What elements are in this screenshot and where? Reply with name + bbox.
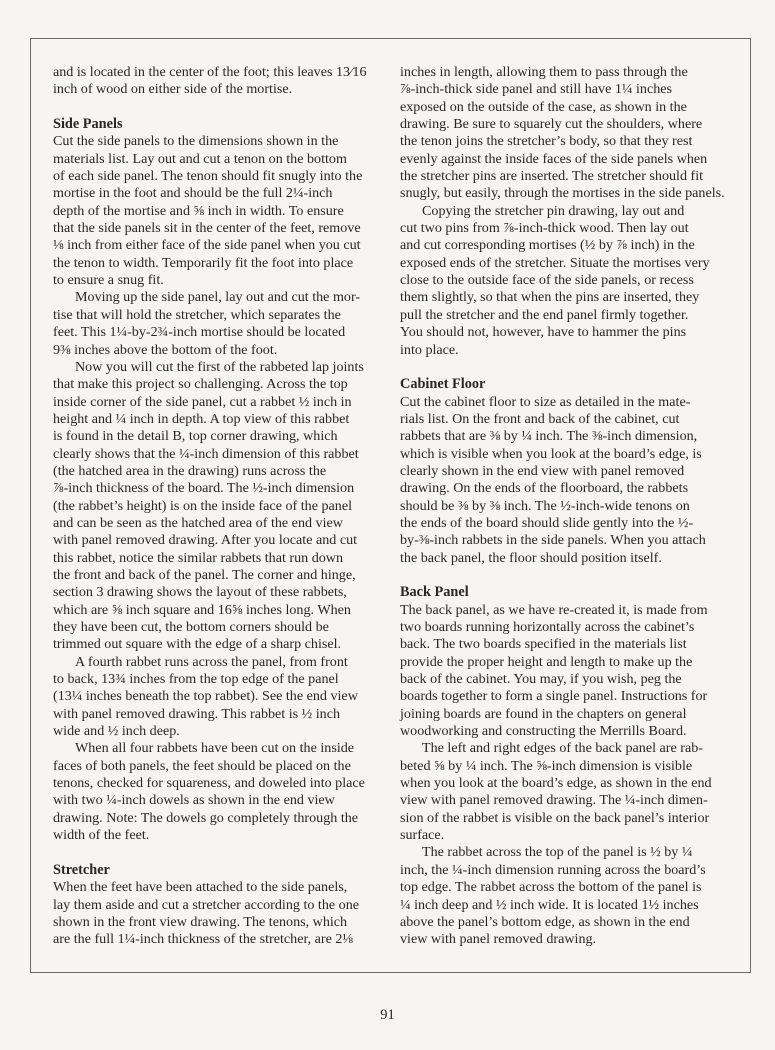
text-line: The rabbet across the top of the panel i… bbox=[400, 844, 743, 861]
text-line: drawing. On the ends of the floorboard, … bbox=[400, 480, 743, 497]
text-line: exposed ends of the stretcher. Situate t… bbox=[400, 255, 743, 272]
text-line: lay them aside and cut a stretcher accor… bbox=[53, 897, 389, 914]
text-line: tise that will hold the stretcher, which… bbox=[53, 307, 389, 324]
paragraph: Now you will cut the first of the rabbet… bbox=[53, 359, 389, 654]
text-line: surface. bbox=[400, 827, 743, 844]
text-line: inch, the ¼-inch dimension running acros… bbox=[400, 862, 743, 879]
paragraph: Moving up the side panel, lay out and cu… bbox=[53, 289, 389, 358]
text-line: Cut the cabinet floor to size as detaile… bbox=[400, 394, 743, 411]
text-line: of each side panel. The tenon should fit… bbox=[53, 168, 389, 185]
paragraph: The back panel, as we have re-created it… bbox=[400, 602, 743, 741]
text-line: trimmed out square with the edge of a sh… bbox=[53, 636, 389, 653]
text-line: width of the feet. bbox=[53, 827, 389, 844]
text-line: inch of wood on either side of the morti… bbox=[53, 81, 389, 98]
paragraph: A fourth rabbet runs across the panel, f… bbox=[53, 654, 389, 741]
text-line: tenons, checked for squareness, and dowe… bbox=[53, 775, 389, 792]
text-line: this rabbet, notice the similar rabbets … bbox=[53, 550, 389, 567]
section-heading: Side Panels bbox=[53, 116, 389, 133]
text-line: faces of both panels, the feet should be… bbox=[53, 758, 389, 775]
text-line: top edge. The rabbet across the bottom o… bbox=[400, 879, 743, 896]
text-line: rials list. On the front and back of the… bbox=[400, 411, 743, 428]
paragraph: Cut the cabinet floor to size as detaile… bbox=[400, 394, 743, 567]
text-line: ¼ inch deep and ½ inch wide. It is locat… bbox=[400, 897, 743, 914]
paragraph: and is located in the center of the foot… bbox=[53, 64, 389, 99]
text-line: cut two pins from ⅞-inch-thick wood. The… bbox=[400, 220, 743, 237]
text-line: with panel removed drawing. This rabbet … bbox=[53, 706, 389, 723]
text-line: clearly shows that the ¼-inch dimension … bbox=[53, 446, 389, 463]
text-line: that the side panels sit in the center o… bbox=[53, 220, 389, 237]
text-line: clearly shown in the end view with panel… bbox=[400, 463, 743, 480]
paragraph: Copying the stretcher pin drawing, lay o… bbox=[400, 203, 743, 359]
text-line: them slightly, so that when the pins are… bbox=[400, 289, 743, 306]
text-line: the stretcher pins are inserted. The str… bbox=[400, 168, 743, 185]
text-line: by-⅜-inch rabbets in the side panels. Wh… bbox=[400, 532, 743, 549]
text-line: drawing. Note: The dowels go completely … bbox=[53, 810, 389, 827]
text-line: The left and right edges of the back pan… bbox=[400, 740, 743, 757]
text-line: and cut corresponding mortises (½ by ⅞ i… bbox=[400, 237, 743, 254]
text-line: the tenon joins the stretcher’s body, so… bbox=[400, 133, 743, 150]
text-line: which are ⅝ inch square and 16⅝ inches l… bbox=[53, 602, 389, 619]
text-line: wide and ½ inch deep. bbox=[53, 723, 389, 740]
text-line: You should not, however, have to hammer … bbox=[400, 324, 743, 341]
text-line: (13¼ inches beneath the top rabbet). See… bbox=[53, 688, 389, 705]
text-line: close to the outside face of the side pa… bbox=[400, 272, 743, 289]
text-line: drawing. Be sure to squarely cut the sho… bbox=[400, 116, 743, 133]
text-line: view with panel removed drawing. bbox=[400, 931, 743, 948]
left-column: and is located in the center of the foot… bbox=[53, 64, 389, 949]
text-line: which is visible when you look at the bo… bbox=[400, 446, 743, 463]
section-heading: Cabinet Floor bbox=[400, 376, 743, 393]
text-line: above the panel’s bottom edge, as shown … bbox=[400, 914, 743, 931]
text-line: feet. This 1¼-by-2¾-inch mortise should … bbox=[53, 324, 389, 341]
text-line: When all four rabbets have been cut on t… bbox=[53, 740, 389, 757]
text-line: two boards running horizontally across t… bbox=[400, 619, 743, 636]
text-line: view with panel removed drawing. The ¼-i… bbox=[400, 792, 743, 809]
text-line: to back, 13¾ inches from the top edge of… bbox=[53, 671, 389, 688]
text-line: depth of the mortise and ⅝ inch in width… bbox=[53, 203, 389, 220]
text-line: ⅛ inch from either face of the side pane… bbox=[53, 237, 389, 254]
text-line: The back panel, as we have re-created it… bbox=[400, 602, 743, 619]
text-line: with two ¼-inch dowels as shown in the e… bbox=[53, 792, 389, 809]
paragraph: The rabbet across the top of the panel i… bbox=[400, 844, 743, 948]
text-line: height and ¼ inch in depth. A top view o… bbox=[53, 411, 389, 428]
text-line: with panel removed drawing. After you lo… bbox=[53, 532, 389, 549]
text-line: back of the cabinet. You may, if you wis… bbox=[400, 671, 743, 688]
text-line: boards together to form a single panel. … bbox=[400, 688, 743, 705]
text-line: 9⅜ inches above the bottom of the foot. bbox=[53, 342, 389, 359]
text-line: rabbets that are ⅜ by ¼ inch. The ⅜-inch… bbox=[400, 428, 743, 445]
text-line: they have been cut, the bottom corners s… bbox=[53, 619, 389, 636]
text-line: exposed on the outside of the case, as s… bbox=[400, 99, 743, 116]
text-line: into place. bbox=[400, 342, 743, 359]
text-line: inches in length, allowing them to pass … bbox=[400, 64, 743, 81]
text-line: Copying the stretcher pin drawing, lay o… bbox=[400, 203, 743, 220]
text-line: Cut the side panels to the dimensions sh… bbox=[53, 133, 389, 150]
text-line: ⅞-inch-thick side panel and still have 1… bbox=[400, 81, 743, 98]
text-line: joining boards are found in the chapters… bbox=[400, 706, 743, 723]
text-line: ⅞-inch thickness of the board. The ½-inc… bbox=[53, 480, 389, 497]
text-line: when you look at the board’s edge, as sh… bbox=[400, 775, 743, 792]
text-line: provide the proper height and length to … bbox=[400, 654, 743, 671]
text-line: the tenon to width. Temporarily fit the … bbox=[53, 255, 389, 272]
text-line: and is located in the center of the foot… bbox=[53, 64, 389, 81]
text-line: to ensure a snug fit. bbox=[53, 272, 389, 289]
section-heading: Back Panel bbox=[400, 584, 743, 601]
text-line: is found in the detail B, top corner dra… bbox=[53, 428, 389, 445]
text-line: Moving up the side panel, lay out and cu… bbox=[53, 289, 389, 306]
text-line: should be ⅜ by ⅜ inch. The ½-inch-wide t… bbox=[400, 498, 743, 515]
text-line: snugly, but easily, through the mortises… bbox=[400, 185, 743, 202]
text-line: the ends of the board should slide gentl… bbox=[400, 515, 743, 532]
text-line: A fourth rabbet runs across the panel, f… bbox=[53, 654, 389, 671]
right-column: inches in length, allowing them to pass … bbox=[400, 64, 743, 949]
section-heading: Stretcher bbox=[53, 862, 389, 879]
text-line: the back panel, the floor should positio… bbox=[400, 550, 743, 567]
text-line: (the hatched area in the drawing) runs a… bbox=[53, 463, 389, 480]
text-line: beted ⅝ by ¼ inch. The ⅝-inch dimension … bbox=[400, 758, 743, 775]
text-line: section 3 drawing shows the layout of th… bbox=[53, 584, 389, 601]
paragraph: inches in length, allowing them to pass … bbox=[400, 64, 743, 203]
text-line: Now you will cut the first of the rabbet… bbox=[53, 359, 389, 376]
paragraph: Cut the side panels to the dimensions sh… bbox=[53, 133, 389, 289]
text-line: are the full 1¼-inch thickness of the st… bbox=[53, 931, 389, 948]
text-line: back. The two boards specified in the ma… bbox=[400, 636, 743, 653]
text-line: sion of the rabbet is visible on the bac… bbox=[400, 810, 743, 827]
text-line: inside corner of the side panel, cut a r… bbox=[53, 394, 389, 411]
paragraph: When all four rabbets have been cut on t… bbox=[53, 740, 389, 844]
text-line: and can be seen as the hatched area of t… bbox=[53, 515, 389, 532]
text-line: When the feet have been attached to the … bbox=[53, 879, 389, 896]
paragraph: The left and right edges of the back pan… bbox=[400, 740, 743, 844]
text-line: mortise in the foot and should be the fu… bbox=[53, 185, 389, 202]
page-number: 91 bbox=[0, 1007, 775, 1024]
text-line: pull the stretcher and the end panel fir… bbox=[400, 307, 743, 324]
text-line: woodworking and constructing the Merrill… bbox=[400, 723, 743, 740]
text-line: that make this project so challenging. A… bbox=[53, 376, 389, 393]
text-line: shown in the front view drawing. The ten… bbox=[53, 914, 389, 931]
text-line: (the rabbet’s height) is on the inside f… bbox=[53, 498, 389, 515]
text-line: materials list. Lay out and cut a tenon … bbox=[53, 151, 389, 168]
paragraph: When the feet have been attached to the … bbox=[53, 879, 389, 948]
text-line: the front and back of the panel. The cor… bbox=[53, 567, 389, 584]
text-line: evenly against the inside faces of the s… bbox=[400, 151, 743, 168]
